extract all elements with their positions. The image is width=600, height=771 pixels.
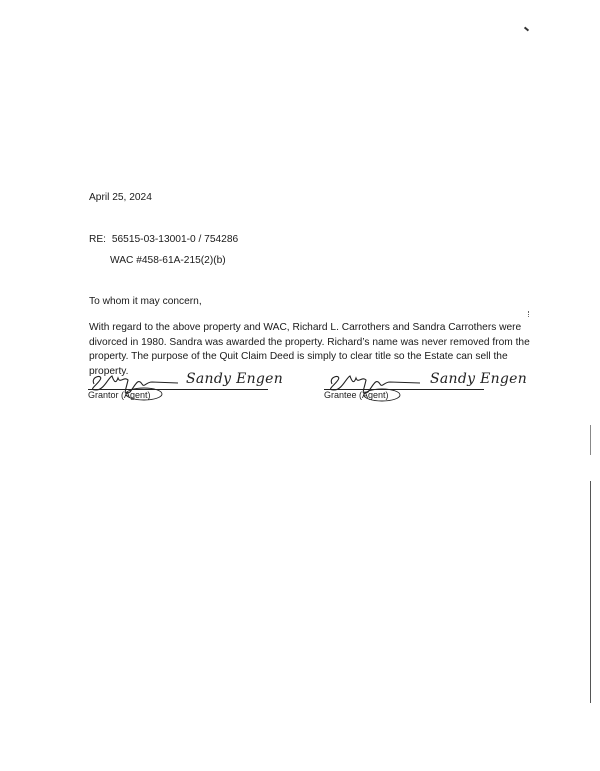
grantor-signature-block: Sandy Engen Grantor (Agent)	[86, 370, 301, 410]
letter-date: April 25, 2024	[89, 191, 152, 205]
wac-reference: WAC #458-61A-215(2)(b)	[110, 254, 226, 268]
signed-name: Sandy Engen	[430, 371, 527, 387]
re-reference: 56515-03-13001-0 / 754286	[112, 234, 238, 245]
re-label: RE:	[89, 233, 109, 247]
scan-mark	[528, 311, 531, 317]
scan-mark	[524, 27, 529, 32]
salutation: To whom it may concern,	[89, 295, 202, 309]
grantee-label: Grantee (Agent)	[324, 390, 389, 400]
signed-name: Sandy Engen	[186, 371, 283, 387]
grantor-label: Grantor (Agent)	[88, 390, 151, 400]
scan-edge-line	[590, 425, 591, 455]
re-line: RE: 56515-03-13001-0 / 754286	[89, 233, 238, 247]
scan-edge-line	[590, 481, 591, 703]
grantee-signature-block: Sandy Engen Grantee (Agent)	[322, 370, 562, 410]
